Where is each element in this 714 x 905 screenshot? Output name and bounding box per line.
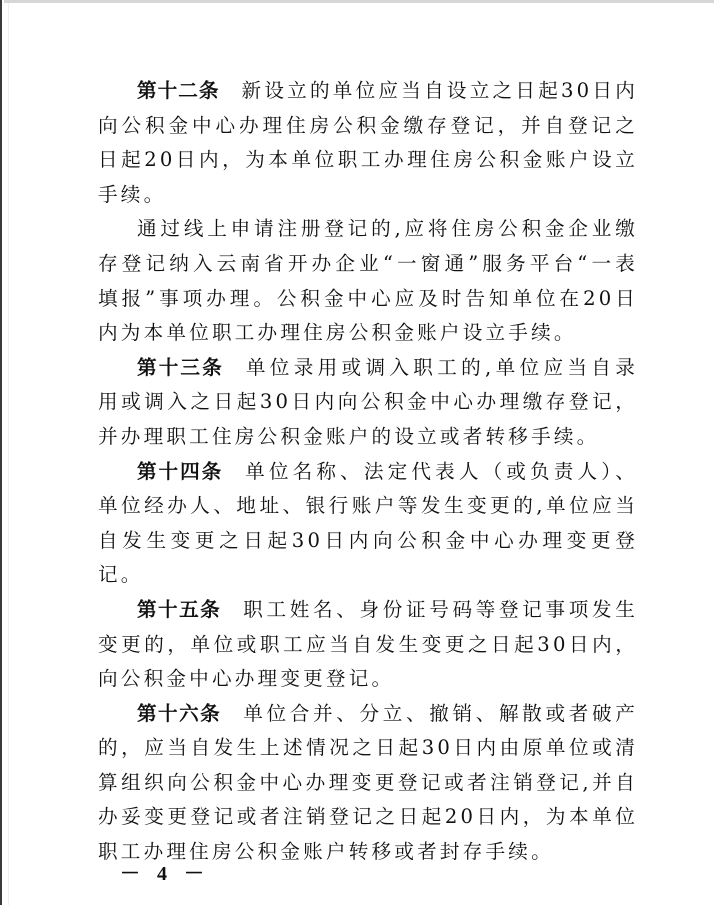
article-text: 单位合并、分立、撤销、解散或者破产的，应当自发生上述情况之日起30日内由原单位或…	[98, 702, 638, 863]
article-15-paragraph: 第十五条职工姓名、身份证号码等登记事项发生变更的，单位或职工应当自发生变更之日起…	[98, 593, 638, 697]
article-number: 第十五条	[137, 598, 221, 621]
document-page: 第十二条新设立的单位应当自设立之日起30日内向公积金中心办理住房公积金缴存登记，…	[0, 0, 714, 905]
article-number: 第十二条	[137, 79, 220, 102]
article-number: 第十四条	[137, 460, 223, 483]
article-13-paragraph: 第十三条单位录用或调入职工的,单位应当自录用或调入之日起30日内向公积金中心办理…	[98, 351, 638, 455]
article-14-paragraph: 第十四条单位名称、法定代表人（或负责人）、单位经办人、地址、银行账户等发生变更的…	[98, 455, 638, 593]
article-12-paragraph: 第十二条新设立的单位应当自设立之日起30日内向公积金中心办理住房公积金缴存登记，…	[98, 74, 638, 212]
article-number: 第十三条	[137, 356, 224, 379]
page-number: － 4 －	[120, 857, 210, 886]
article-16-paragraph: 第十六条单位合并、分立、撤销、解散或者破产的，应当自发生上述情况之日起30日内由…	[98, 697, 638, 870]
article-number: 第十六条	[137, 702, 221, 725]
article-text: 通过线上申请注册登记的,应将住房公积金企业缴存登记纳入云南省开办企业“一窗通”服…	[98, 217, 638, 344]
page-edge-line	[8, 3, 9, 905]
article-12-supplement-paragraph: 通过线上申请注册登记的,应将住房公积金企业缴存登记纳入云南省开办企业“一窗通”服…	[98, 212, 638, 350]
document-body: 第十二条新设立的单位应当自设立之日起30日内向公积金中心办理住房公积金缴存登记，…	[98, 74, 638, 870]
top-edge	[4, 0, 714, 3]
